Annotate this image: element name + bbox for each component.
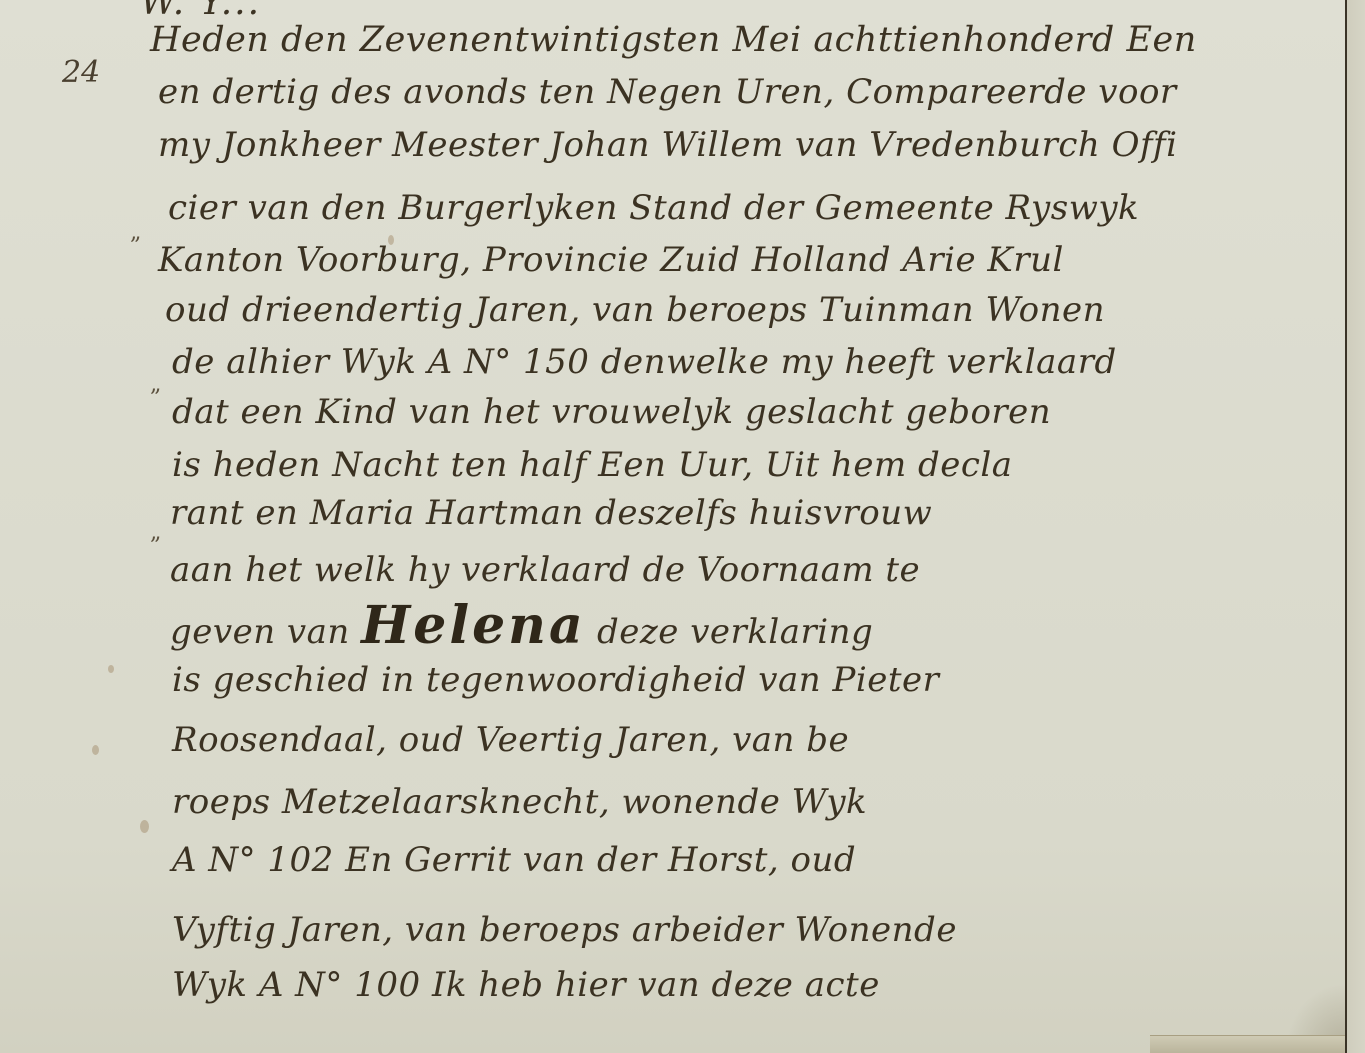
child-given-name: Helena: [361, 595, 586, 656]
given-name-suffix: deze verklaring: [586, 612, 874, 652]
text-line-5: Kanton Voorburg, Provincie Zuid Holland …: [158, 240, 1064, 280]
text-line-12: geven van Helena deze verklaring: [170, 595, 873, 656]
text-line-7: de alhier Wyk A N° 150 denwelke my heeft…: [172, 342, 1117, 382]
text-line-18: Wyk A N° 100 Ik heb hier van deze acte: [172, 965, 880, 1005]
ink-stain: [108, 665, 114, 673]
ink-stain: [388, 235, 394, 245]
text-line-2: en dertig des avonds ten Negen Uren, Com…: [158, 72, 1177, 112]
text-line-11: aan het welk hy verklaard de Voornaam te: [170, 550, 920, 590]
margin-quote-mark: „: [150, 372, 161, 397]
register-page: W. Y... 24 Heden den Zevenentwintigsten …: [0, 0, 1347, 1053]
text-line-17: Vyftig Jaren, van beroeps arbeider Wonen…: [172, 910, 957, 950]
ink-stain: [92, 745, 99, 755]
ink-stain: [140, 820, 149, 833]
text-line-15: roeps Metzelaarsknecht, wonende Wyk: [172, 782, 867, 822]
text-line-9: is heden Nacht ten half Een Uur, Uit hem…: [172, 445, 1013, 485]
text-line-10: rant en Maria Hartman deszelfs huisvrouw: [170, 493, 932, 533]
text-line-3: my Jonkheer Meester Johan Willem van Vre…: [158, 125, 1178, 165]
given-name-prefix: geven van: [170, 612, 361, 652]
adjacent-page-edge: [1347, 0, 1365, 1053]
page-bottom-curl: [1150, 1035, 1345, 1053]
text-line-13: is geschied in tegenwoordigheid van Piet…: [172, 660, 939, 700]
text-line-4: cier van den Burgerlyken Stand der Gemee…: [168, 188, 1139, 228]
text-line-6: oud drieendertig Jaren, van beroeps Tuin…: [165, 290, 1105, 330]
text-line-8: dat een Kind van het vrouwelyk geslacht …: [172, 392, 1051, 432]
text-line-14: Roosendaal, oud Veertig Jaren, van be: [172, 720, 849, 760]
entry-number: 24: [62, 55, 100, 90]
text-line-1: Heden den Zevenentwintigsten Mei achttie…: [150, 20, 1197, 60]
margin-quote-mark: „: [150, 520, 161, 545]
margin-quote-mark: „: [130, 220, 141, 245]
text-line-16: A N° 102 En Gerrit van der Horst, oud: [172, 840, 856, 880]
